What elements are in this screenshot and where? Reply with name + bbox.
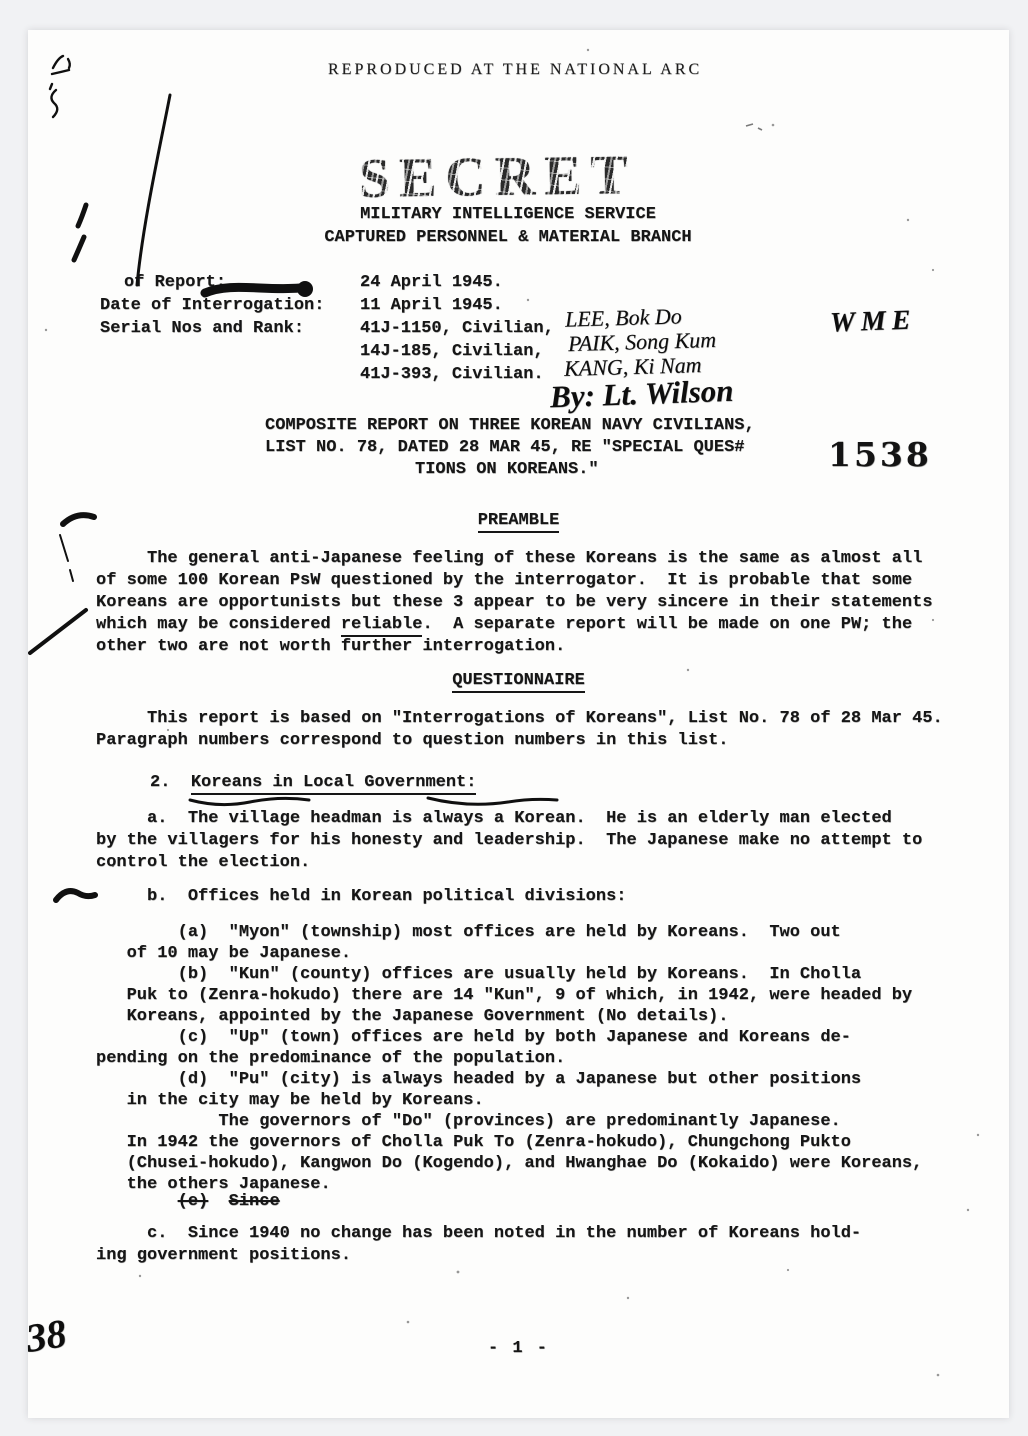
pen-mark-diagonal-line	[137, 95, 170, 285]
org-name: MILITARY INTELLIGENCE SERVICE	[28, 204, 988, 226]
byline-signature: By: Lt. Wilson	[549, 373, 734, 415]
preamble-paragraph: The general anti-Japanese feeling of the…	[96, 548, 986, 658]
meta-value-interrogation-date: 11 April 1945.	[360, 295, 503, 317]
serial-line-3: 41J-393, Civilian.	[360, 364, 544, 386]
margin-note-38: 38	[23, 1309, 70, 1362]
org-branch: CAPTURED PERSONNEL & MATERIAL BRANCH	[28, 227, 988, 249]
page-number: - 1 -	[28, 1338, 1009, 1360]
meta-label-report: of Report:	[124, 272, 226, 294]
pen-mark-wavy-underline-2	[428, 798, 557, 804]
serial-line-1: 41J-1150, Civilian,	[360, 318, 554, 340]
struck-word: Since	[229, 1192, 280, 1211]
document-page: REPRODUCED AT THE NATIONAL ARC SECRET MI…	[28, 30, 1009, 1418]
scanned-document-page: { "document": { "archive_note": "REPRODU…	[0, 0, 1028, 1436]
paragraph-a: a. The village headman is always a Korea…	[96, 808, 986, 874]
report-title-line2: LIST NO. 78, DATED 28 MAR 45, RE "SPECIA…	[265, 437, 744, 459]
pen-mark-scribble-left	[50, 84, 57, 117]
struck-line-e-since: (e) Since	[96, 1191, 280, 1213]
archive-reproduction-note: REPRODUCED AT THE NATIONAL ARC	[328, 61, 702, 79]
paragraph-b-heading: b. Offices held in Korean political divi…	[96, 886, 986, 908]
pen-mark-faint-dash	[746, 124, 762, 130]
pen-mark-tilde	[56, 891, 95, 900]
struck-indent	[96, 1192, 178, 1211]
questionnaire-intro: This report is based on "Interrogations …	[96, 708, 986, 752]
report-title-line1: COMPOSITE REPORT ON THREE KOREAN NAVY CI…	[265, 415, 755, 437]
pen-mark-scribble-top	[52, 56, 70, 74]
pen-mark-tick	[60, 535, 73, 581]
page-stamp-number: 1538	[828, 435, 932, 474]
meta-label-serials: Serial Nos and Rank:	[100, 318, 304, 340]
preamble-heading: PREAMBLE	[28, 510, 1009, 532]
report-title-line3: TIONS ON KOREANS."	[415, 459, 599, 481]
paragraph-c: c. Since 1940 no change has been noted i…	[96, 1223, 986, 1267]
questionnaire-heading: QUESTIONNAIRE	[28, 670, 1009, 692]
struck-gap	[208, 1192, 228, 1211]
section-2-number: 2.	[150, 773, 170, 792]
reviewer-initials: WME	[829, 305, 917, 340]
paragraph-b-items: (a) "Myon" (township) most offices are h…	[96, 922, 996, 1195]
struck-item-label: (e)	[178, 1192, 209, 1211]
preamble-heading-text: PREAMBLE	[478, 511, 560, 533]
serial-line-2: 14J-185, Civilian,	[360, 341, 544, 363]
meta-label-interrogation: Date of Interrogation:	[100, 295, 324, 317]
section-2-heading-text: Koreans in Local Government:	[191, 773, 477, 795]
section-2-gap	[170, 773, 190, 792]
preamble-underlined-word: reliable	[341, 615, 423, 637]
meta-value-report-date: 24 April 1945.	[360, 272, 503, 294]
pen-mark-wavy-underline-1	[190, 798, 309, 804]
pen-mark-slash	[30, 610, 86, 653]
questionnaire-heading-text: QUESTIONNAIRE	[452, 671, 585, 693]
section-2-heading: 2. Koreans in Local Government:	[150, 772, 476, 794]
